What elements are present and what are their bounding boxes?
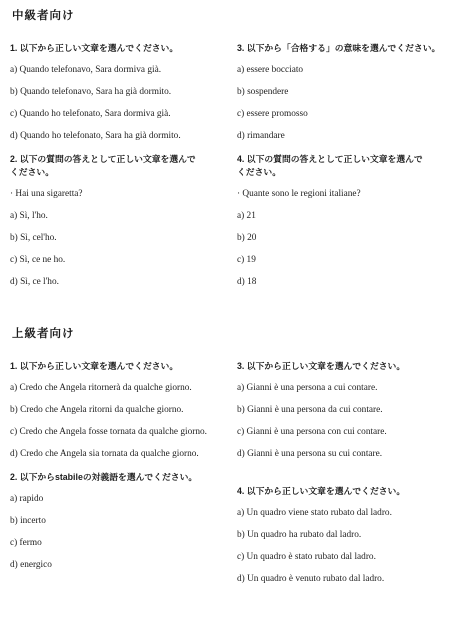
answer-option: c) Un quadro è stato rubato dal ladro. [237, 551, 448, 564]
answer-option: c) Gianni è una persona con cui contare. [237, 426, 448, 439]
answer-option: c) Quando ho telefonato, Sara dormiva gi… [10, 108, 221, 121]
answer-option: d) Gianni è una persona su cui contare. [237, 448, 448, 461]
column-left: 1. 以下から正しい文章を選んでください。 a) Quando telefona… [10, 42, 221, 298]
answer-option: c) 19 [237, 254, 448, 267]
question-stimulus: · Hai una sigaretta? [10, 188, 221, 201]
answer-option: b) Quando telefonavo, Sara ha già dormit… [10, 86, 221, 99]
answer-option: d) Credo che Angela sia tornata da qualc… [10, 448, 221, 461]
question-prompt: 1. 以下から正しい文章を選んでください。 [10, 360, 221, 373]
question-stimulus: · Quante sono le regioni italiane? [237, 188, 448, 201]
answer-option: c) essere promosso [237, 108, 448, 121]
intermediate-question-4: 4. 以下の質問の答えとして正しい文章を選んで ください。 · Quante s… [237, 153, 448, 289]
column-right: 3. 以下から正しい文章を選んでください。 a) Gianni è una pe… [237, 360, 448, 595]
answer-option: b) Gianni è una persona da cui contare. [237, 404, 448, 417]
answer-option: b) Credo che Angela ritorni da qualche g… [10, 404, 221, 417]
column-right: 3. 以下から「合格する」の意味を選んでください。 a) essere bocc… [237, 42, 448, 298]
answer-option: b) sospendere [237, 86, 448, 99]
answer-option: a) essere bocciato [237, 64, 448, 77]
section-title: 上級者向け [12, 326, 442, 342]
intermediate-question-3: 3. 以下から「合格する」の意味を選んでください。 a) essere bocc… [237, 42, 448, 143]
section-title: 中級者向け [12, 8, 442, 24]
answer-option: c) Credo che Angela fosse tornata da qua… [10, 426, 221, 439]
question-prompt: 4. 以下の質問の答えとして正しい文章を選んで ください。 [237, 153, 448, 179]
question-prompt: 2. 以下の質問の答えとして正しい文章を選んで ください。 [10, 153, 221, 179]
question-prompt: 1. 以下から正しい文章を選んでください。 [10, 42, 221, 55]
column-left: 1. 以下から正しい文章を選んでください。 a) Credo che Angel… [10, 360, 221, 595]
question-prompt: 3. 以下から「合格する」の意味を選んでください。 [237, 42, 448, 55]
answer-option: a) Credo che Angela ritornerà da qualche… [10, 382, 221, 395]
advanced-question-1: 1. 以下から正しい文章を選んでください。 a) Credo che Angel… [10, 360, 221, 461]
intermediate-question-1: 1. 以下から正しい文章を選んでください。 a) Quando telefona… [10, 42, 221, 143]
answer-option: a) Quando telefonavo, Sara dormiva già. [10, 64, 221, 77]
answer-option: d) Un quadro è venuto rubato dal ladro. [237, 573, 448, 586]
quiz-document-page: 中級者向け 1. 以下から正しい文章を選んでください。 a) Quando te… [0, 0, 452, 640]
answer-option: b) 20 [237, 232, 448, 245]
advanced-question-4: 4. 以下から正しい文章を選んでください。 a) Un quadro viene… [237, 485, 448, 586]
answer-option: d) Sì, ce l'ho. [10, 276, 221, 289]
answer-option: d) energico [10, 559, 221, 572]
answer-option: d) Quando ho telefonato, Sara ha già dor… [10, 130, 221, 143]
section-columns: 1. 以下から正しい文章を選んでください。 a) Credo che Angel… [10, 360, 442, 595]
answer-option: a) Gianni è una persona a cui contare. [237, 382, 448, 395]
answer-option: a) 21 [237, 210, 448, 223]
advanced-question-3: 3. 以下から正しい文章を選んでください。 a) Gianni è una pe… [237, 360, 448, 461]
question-prompt: 4. 以下から正しい文章を選んでください。 [237, 485, 448, 498]
question-prompt: 2. 以下からstabileの対義語を選んでください。 [10, 471, 221, 484]
intermediate-question-2: 2. 以下の質問の答えとして正しい文章を選んで ください。 · Hai una … [10, 153, 221, 289]
answer-option: a) Un quadro viene stato rubato dal ladr… [237, 507, 448, 520]
section-intermediate: 中級者向け 1. 以下から正しい文章を選んでください。 a) Quando te… [10, 8, 442, 298]
answer-option: c) fermo [10, 537, 221, 550]
question-prompt: 3. 以下から正しい文章を選んでください。 [237, 360, 448, 373]
answer-option: b) Un quadro ha rubato dal ladro. [237, 529, 448, 542]
answer-option: d) 18 [237, 276, 448, 289]
answer-option: d) rimandare [237, 130, 448, 143]
answer-option: b) Sì, cel'ho. [10, 232, 221, 245]
answer-option: c) Sì, ce ne ho. [10, 254, 221, 267]
answer-option: a) rapido [10, 493, 221, 506]
advanced-question-2: 2. 以下からstabileの対義語を選んでください。 a) rapido b)… [10, 471, 221, 572]
answer-option: b) incerto [10, 515, 221, 528]
section-advanced: 上級者向け 1. 以下から正しい文章を選んでください。 a) Credo che… [10, 326, 442, 595]
section-columns: 1. 以下から正しい文章を選んでください。 a) Quando telefona… [10, 42, 442, 298]
answer-option: a) Sì, l'ho. [10, 210, 221, 223]
